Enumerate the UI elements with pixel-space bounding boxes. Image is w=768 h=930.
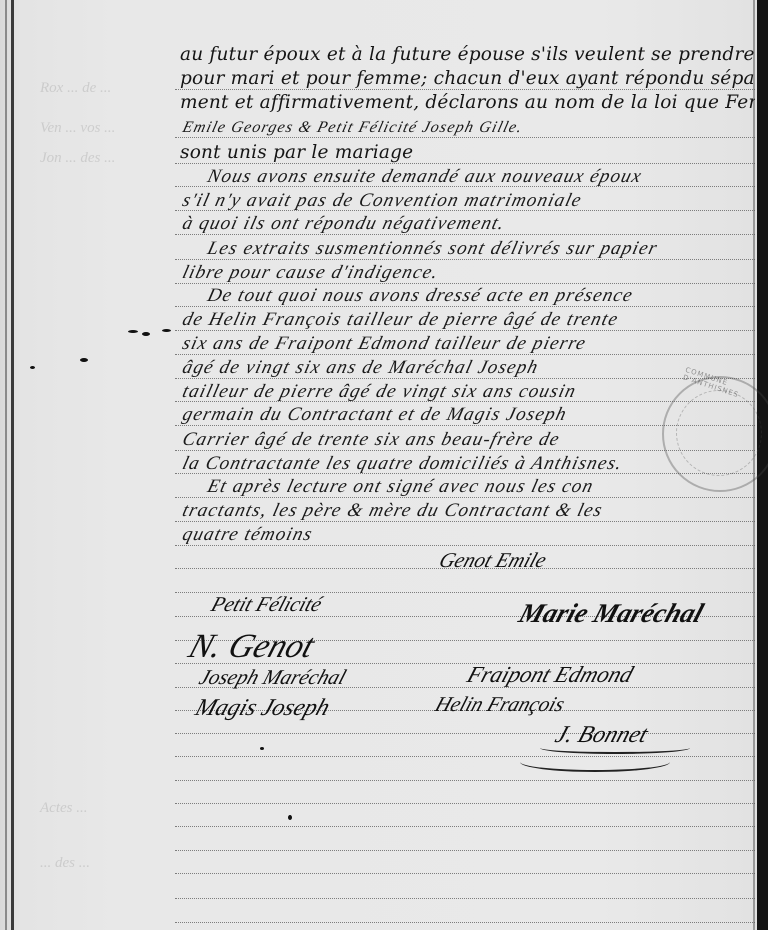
printed-text-line: pour mari et pour femme; chacun d'eux ay… <box>180 68 755 90</box>
ruled-line <box>175 803 755 804</box>
ruled-line <box>175 756 755 757</box>
signature-petit-felicite: Petit Félicité <box>208 592 325 617</box>
ruled-line <box>175 850 755 851</box>
signature-genot-emile: Genot Emile <box>436 548 550 573</box>
handwritten-text-line: âgé de vingt six ans de Maréchal Joseph <box>180 357 760 379</box>
signature-fraipont-edmond: Fraipont Edmond <box>464 662 637 688</box>
register-page: Rox ... de ... Ven ... vos ... Jon ... d… <box>0 0 768 930</box>
ruled-line <box>175 898 755 899</box>
binding-edge-line <box>5 0 7 930</box>
signature-flourish <box>520 752 670 772</box>
printed-text-line: sont unis par le mariage <box>180 142 755 164</box>
signature-magis-joseph: Magis Joseph <box>192 695 333 722</box>
printed-text-line: au futur époux et à la future épouse s'i… <box>180 44 755 66</box>
handwritten-text-line: tractants, les père & mère du Contractan… <box>180 500 760 522</box>
signature-helin-francois: Helin François <box>432 692 568 717</box>
ruled-line <box>175 873 755 874</box>
ruled-line <box>175 922 755 923</box>
printed-text-line: ment et affirmativement, déclarons au no… <box>180 92 755 114</box>
signature-joseph-marechal: Joseph Maréchal <box>196 665 349 690</box>
signature-flourish <box>540 742 690 754</box>
ink-blot <box>142 332 150 336</box>
ink-blot <box>80 358 88 362</box>
handwritten-text-line: s'il n'y avait pas de Convention matrimo… <box>180 190 760 212</box>
ruled-line <box>175 733 755 734</box>
bleed-through-text: ... des ... <box>40 855 90 872</box>
ruled-line <box>175 780 755 781</box>
bleed-through-text: Jon ... des ... <box>40 150 115 167</box>
handwritten-text-line: six ans de Fraipont Edmond tailleur de p… <box>180 333 760 355</box>
ink-blot <box>260 747 264 750</box>
bleed-through-text: Ven ... vos ... <box>40 120 115 137</box>
ink-blot <box>30 366 35 369</box>
official-stamp: COMMUNE D'ANTHISNES <box>662 376 768 492</box>
handwritten-text-line: Nous avons ensuite demandé aux nouveaux … <box>205 166 768 188</box>
handwritten-text-line: libre pour cause d'indigence. <box>180 262 760 284</box>
ruled-line <box>175 826 755 827</box>
bleed-through-text: Rox ... de ... <box>40 80 111 97</box>
handwritten-names-line: Emile Georges & Petit Félicité Joseph Gi… <box>180 117 760 139</box>
handwritten-text-line: Les extraits susmentionnés sont délivrés… <box>205 238 768 260</box>
handwritten-text-line: à quoi ils ont répondu négativement. <box>180 213 760 235</box>
handwritten-text-line: quatre témoins <box>180 524 760 546</box>
ink-blot <box>162 329 171 332</box>
bleed-through-text: Actes ... <box>40 800 87 817</box>
ink-blot <box>288 815 292 820</box>
ink-blot <box>128 330 138 333</box>
signature-marie-marechal: Marie Maréchal <box>515 598 707 629</box>
signature-n-genot: N. Genot <box>184 628 319 666</box>
handwritten-text-line: de Helin François tailleur de pierre âgé… <box>180 309 760 331</box>
handwritten-text-line: De tout quoi nous avons dressé acte en p… <box>205 285 768 307</box>
binding-edge-line <box>11 0 14 930</box>
